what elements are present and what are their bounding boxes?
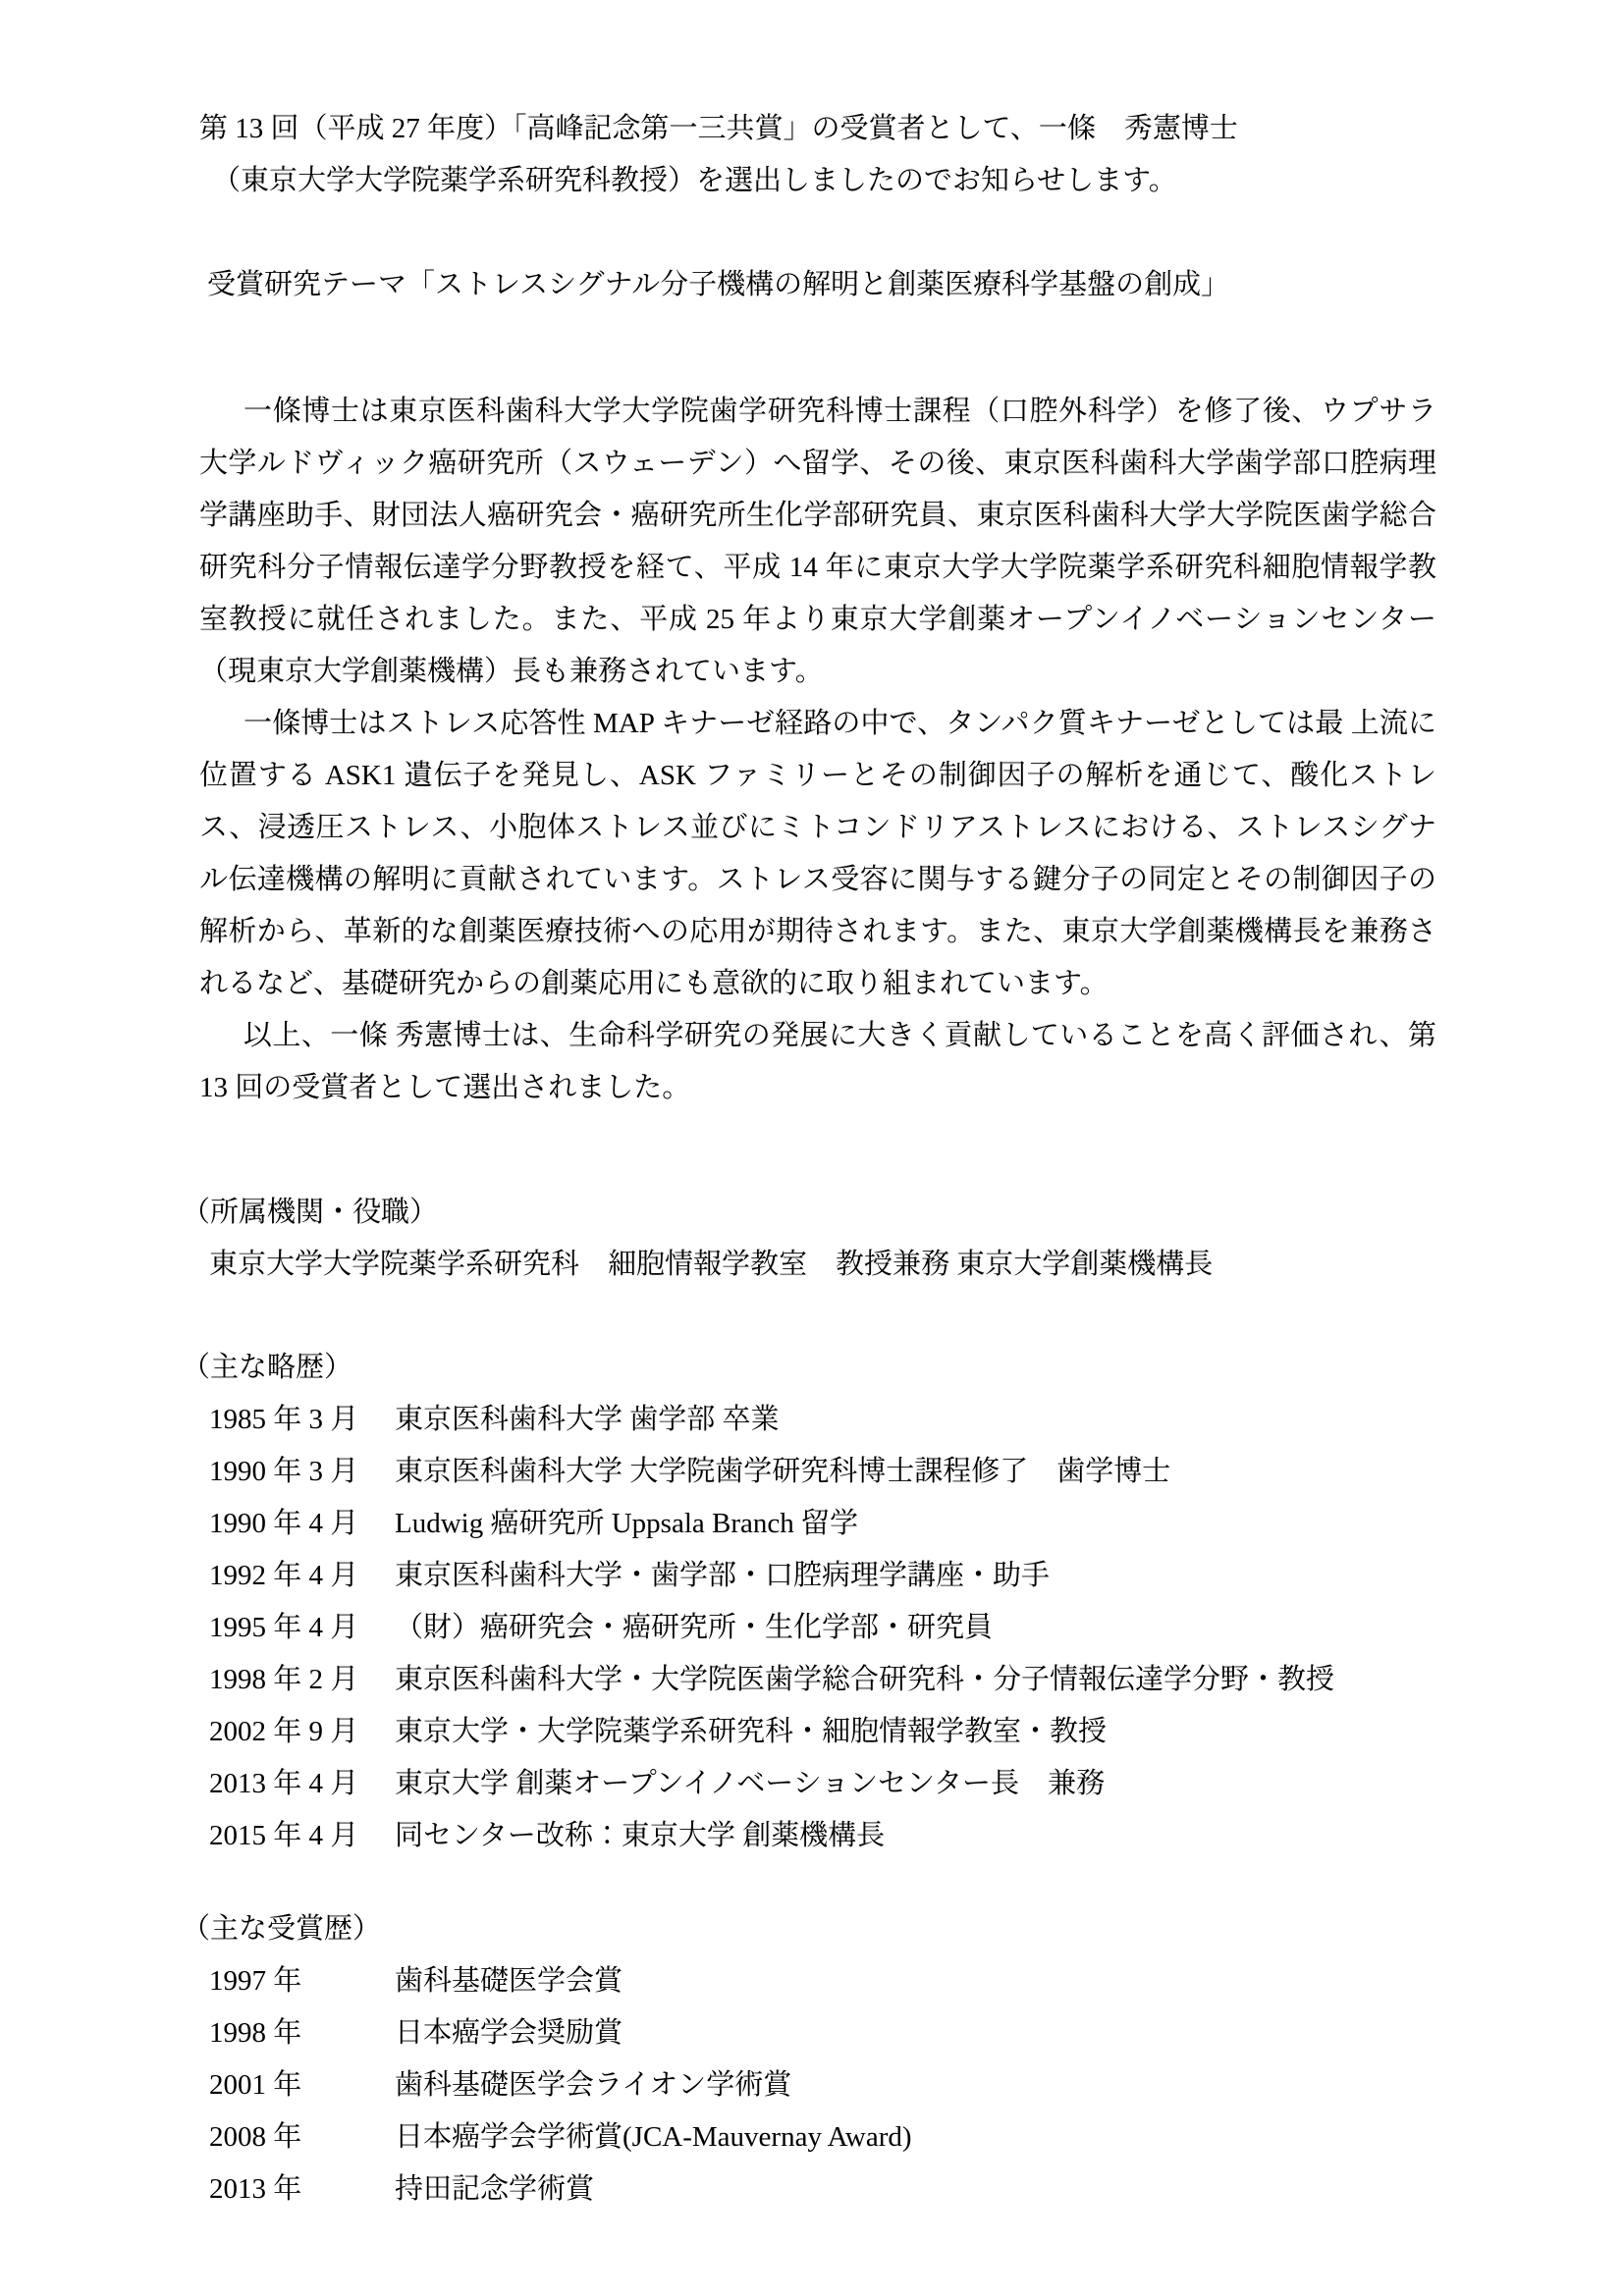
career-date: 2015 年 4 月 xyxy=(199,1810,395,1862)
award-research-theme: 受賞研究テーマ「ストレスシグナル分子機構の解明と創薬医療科学基盤の創成」 xyxy=(199,259,1436,311)
body-text: 一條博士は東京医科歯科大学大学院歯学研究科博士課程（口腔外科学）を修了後、ウプサ… xyxy=(199,386,1436,1114)
document-page: 第 13 回（平成 27 年度）「高峰記念第一三共賞」の受賞者として、一條 秀憲… xyxy=(0,0,1623,2296)
career-description: 同センター改称：東京大学 創薬機構長 xyxy=(395,1810,1436,1862)
career-row: 1998 年 2 月 東京医科歯科大学・大学院医歯学総合研究科・分子情報伝達学分… xyxy=(199,1654,1436,1706)
career-description: 東京大学 創薬オープンイノベーションセンター長 兼務 xyxy=(395,1758,1436,1810)
announcement-line-1: 第 13 回（平成 27 年度）「高峰記念第一三共賞」の受賞者として、一條 秀憲… xyxy=(199,103,1436,155)
announcement-line-2: （東京大学大学院薬学系研究科教授）を選出しましたのでお知らせします。 xyxy=(199,155,1436,207)
award-name: 持田記念学術賞 xyxy=(395,2163,1436,2216)
award-row: 2013 年 持田記念学術賞 xyxy=(199,2163,1436,2216)
career-date: 1985 年 3 月 xyxy=(199,1394,395,1446)
body-paragraph-1: 一條博士は東京医科歯科大学大学院歯学研究科博士課程（口腔外科学）を修了後、ウプサ… xyxy=(199,386,1436,698)
award-name: 歯科基礎医学会賞 xyxy=(395,1955,1436,2007)
award-row: 2008 年 日本癌学会学術賞(JCA-Mauvernay Award) xyxy=(199,2111,1436,2163)
affiliation-section: （所属機関・役職） 東京大学大学院薬学系研究科 細胞情報学教室 教授兼務 東京大… xyxy=(199,1187,1436,1291)
career-row: 2015 年 4 月 同センター改称：東京大学 創薬機構長 xyxy=(199,1810,1436,1862)
career-description: 東京大学・大学院薬学系研究科・細胞情報学教室・教授 xyxy=(395,1706,1436,1758)
award-row: 1997 年 歯科基礎医学会賞 xyxy=(199,1955,1436,2007)
affiliation-heading: （所属機関・役職） xyxy=(182,1187,1436,1239)
career-row: 1985 年 3 月 東京医科歯科大学 歯学部 卒業 xyxy=(199,1394,1436,1446)
career-row: 1990 年 3 月 東京医科歯科大学 大学院歯学研究科博士課程修了 歯学博士 xyxy=(199,1446,1436,1498)
award-name: 日本癌学会奨励賞 xyxy=(395,2007,1436,2059)
award-row: 1998 年 日本癌学会奨励賞 xyxy=(199,2007,1436,2059)
career-row: 2013 年 4 月 東京大学 創薬オープンイノベーションセンター長 兼務 xyxy=(199,1758,1436,1810)
career-description: 東京医科歯科大学・歯学部・口腔病理学講座・助手 xyxy=(395,1550,1436,1602)
career-row: 1990 年 4 月 Ludwig 癌研究所 Uppsala Branch 留学 xyxy=(199,1498,1436,1550)
document-content: 第 13 回（平成 27 年度）「高峰記念第一三共賞」の受賞者として、一條 秀憲… xyxy=(0,0,1623,2216)
award-year: 2013 年 xyxy=(199,2163,395,2216)
career-date: 1990 年 3 月 xyxy=(199,1446,395,1498)
career-description: Ludwig 癌研究所 Uppsala Branch 留学 xyxy=(395,1498,1436,1550)
career-date: 1992 年 4 月 xyxy=(199,1550,395,1602)
career-row: 1992 年 4 月 東京医科歯科大学・歯学部・口腔病理学講座・助手 xyxy=(199,1550,1436,1602)
career-date: 2013 年 4 月 xyxy=(199,1758,395,1810)
career-date: 1995 年 4 月 xyxy=(199,1602,395,1654)
award-year: 1997 年 xyxy=(199,1955,395,2007)
career-date: 2002 年 9 月 xyxy=(199,1706,395,1758)
career-date: 1990 年 4 月 xyxy=(199,1498,395,1550)
career-history-section: （主な略歴） 1985 年 3 月 東京医科歯科大学 歯学部 卒業 1990 年… xyxy=(199,1342,1436,1862)
award-name: 歯科基礎医学会ライオン学術賞 xyxy=(395,2059,1436,2111)
awards-heading: （主な受賞歴） xyxy=(182,1903,1436,1955)
body-paragraph-3: 以上、一條 秀憲博士は、生命科学研究の発展に大きく貢献していることを高く評価され… xyxy=(199,1010,1436,1114)
career-history-heading: （主な略歴） xyxy=(182,1342,1436,1394)
award-name: 日本癌学会学術賞(JCA-Mauvernay Award) xyxy=(395,2111,1436,2163)
body-paragraph-2: 一條博士はストレス応答性 MAP キナーゼ経路の中で、タンパク質キナーゼとしては… xyxy=(199,698,1436,1010)
career-row: 2002 年 9 月 東京大学・大学院薬学系研究科・細胞情報学教室・教授 xyxy=(199,1706,1436,1758)
affiliation-value: 東京大学大学院薬学系研究科 細胞情報学教室 教授兼務 東京大学創薬機構長 xyxy=(199,1239,1436,1291)
announcement-block: 第 13 回（平成 27 年度）「高峰記念第一三共賞」の受賞者として、一條 秀憲… xyxy=(199,103,1436,207)
career-row: 1995 年 4 月 （財）癌研究会・癌研究所・生化学部・研究員 xyxy=(199,1602,1436,1654)
career-description: （財）癌研究会・癌研究所・生化学部・研究員 xyxy=(395,1602,1436,1654)
award-year: 2008 年 xyxy=(199,2111,395,2163)
career-description: 東京医科歯科大学 歯学部 卒業 xyxy=(395,1394,1436,1446)
career-description: 東京医科歯科大学・大学院医歯学総合研究科・分子情報伝達学分野・教授 xyxy=(395,1654,1436,1706)
award-row: 2001 年 歯科基礎医学会ライオン学術賞 xyxy=(199,2059,1436,2111)
award-year: 1998 年 xyxy=(199,2007,395,2059)
career-description: 東京医科歯科大学 大学院歯学研究科博士課程修了 歯学博士 xyxy=(395,1446,1436,1498)
awards-section: （主な受賞歴） 1997 年 歯科基礎医学会賞 1998 年 日本癌学会奨励賞 … xyxy=(199,1903,1436,2216)
career-date: 1998 年 2 月 xyxy=(199,1654,395,1706)
award-year: 2001 年 xyxy=(199,2059,395,2111)
